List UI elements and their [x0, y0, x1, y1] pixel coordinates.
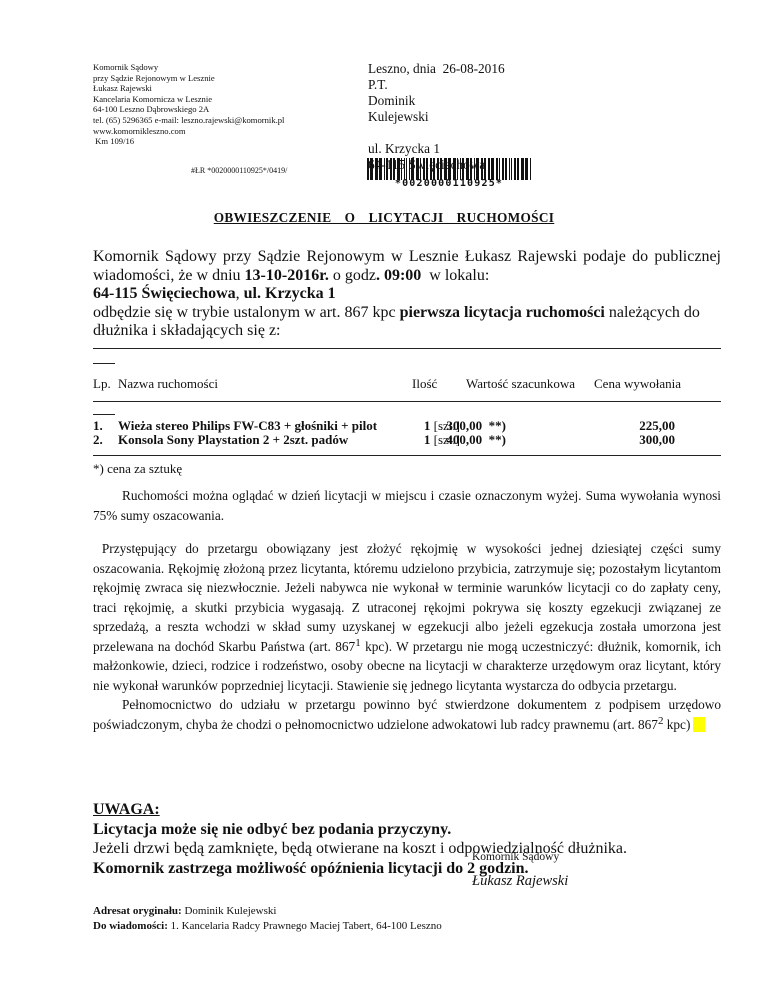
cc-label: Do wiadomości:: [93, 920, 168, 932]
divider: [93, 363, 115, 364]
footer-block: Adresat oryginału: Dominik Kulejewski Do…: [93, 904, 442, 934]
place-date: Leszno, dnia 26-08-2016: [368, 61, 505, 77]
barcode-text: *0020000110925*: [366, 179, 532, 189]
viewing-text: Ruchomości można oglądać w dzień licytac…: [93, 488, 721, 523]
notice-heading: UWAGA:: [93, 800, 627, 820]
location-sep: ,: [236, 285, 244, 302]
barcode-icon: [366, 158, 532, 180]
sender-block: Komornik Sądowy przy Sądzie Rejonowym w …: [93, 62, 284, 147]
sender-line: Łukasz Rajewski: [93, 83, 284, 94]
row-value: 400,00 **): [446, 432, 506, 448]
auction-location: 64-115 Święciechowa, ul. Krzycka 1: [93, 285, 721, 304]
notice-line: Licytacja może się nie odbyć bez podania…: [93, 820, 627, 840]
sender-line: 64-100 Leszno Dąbrowskiego 2A: [93, 104, 284, 115]
sender-line: www.komornikleszno.com: [93, 126, 284, 137]
intro-line-4: odbędzie się w trybie ustalonym w art. 8…: [93, 304, 721, 323]
notice-block: UWAGA: Licytacja może się nie odbyć bez …: [93, 800, 627, 878]
recipient-street: ul. Krzycka 1: [368, 141, 505, 157]
cc-value: 1. Kancelaria Radcy Prawnego Maciej Tabe…: [168, 920, 442, 932]
divider: [93, 401, 721, 402]
divider: [93, 455, 721, 456]
recipient-block: Leszno, dnia 26-08-2016 P.T. Dominik Kul…: [368, 61, 505, 173]
divider: [93, 348, 721, 349]
highlight-mark: [693, 717, 705, 732]
table-footnote: *) cena za sztukę: [93, 461, 182, 477]
intro-line-1: Komornik Sądowy przy Sądzie Rejonowym w …: [93, 248, 721, 267]
auction-time: 09:00: [384, 267, 421, 284]
intro-text: należących do: [605, 304, 700, 321]
case-number: Km 109/16: [93, 136, 284, 147]
col-header-qty: Ilość: [412, 376, 437, 392]
proxy-text: kpc): [663, 717, 690, 732]
col-header-value: Wartość szacunkowa: [466, 376, 575, 392]
auction-date: 13-10-2016r.: [245, 267, 329, 284]
intro-line-2: wiadomości, że w dniu 13-10-2016r. o god…: [93, 267, 721, 286]
intro-text: w lokalu:: [421, 267, 489, 284]
sender-line: przy Sądzie Rejonowym w Lesznie: [93, 73, 284, 84]
sender-line: Kancelaria Komornicza w Lesznie: [93, 94, 284, 105]
salutation: P.T.: [368, 77, 505, 93]
col-header-name: Nazwa ruchomości: [118, 376, 218, 392]
addressee-line: Adresat oryginału: Dominik Kulejewski: [93, 904, 442, 919]
col-header-price: Cena wywołania: [594, 376, 681, 392]
signature-role: Komornik Sądowy: [472, 851, 559, 863]
sender-line: tel. (65) 5296365 e-mail: leszno.rajewsk…: [93, 115, 284, 126]
divider: [93, 414, 115, 415]
recipient-first-name: Dominik: [368, 93, 505, 109]
intro-text: o godz: [329, 267, 376, 284]
deposit-paragraph: Przystępujący do przetargu obowiązany je…: [93, 539, 721, 734]
row-lp: 2.: [93, 432, 103, 448]
intro-paragraph: Komornik Sądowy przy Sądzie Rejonowym w …: [93, 248, 721, 341]
addressee-value: Dominik Kulejewski: [182, 905, 277, 917]
intro-line-5: dłużnika i składających się z:: [93, 322, 721, 341]
col-header-lp: Lp.: [93, 376, 111, 392]
proxy-text: Pełnomocnictwo do udziału w przetargu po…: [93, 697, 721, 732]
recipient-last-name: Kulejewski: [368, 109, 505, 125]
signature-name: Łukasz Rajewski: [472, 873, 568, 890]
intro-dot: .: [376, 267, 380, 284]
cc-line: Do wiadomości: 1. Kancelaria Radcy Prawn…: [93, 919, 442, 934]
sender-line: Komornik Sądowy: [93, 62, 284, 73]
row-name: Konsola Sony Playstation 2 + 2szt. padów: [118, 432, 348, 448]
addressee-label: Adresat oryginału:: [93, 905, 182, 917]
auction-type: pierwsza licytacja ruchomości: [400, 304, 605, 321]
intro-text: odbędzie się w trybie ustalonym w art. 8…: [93, 304, 400, 321]
page-title: OBWIESZCZENIE O LICYTACJI RUCHOMOŚCI: [0, 210, 768, 226]
reference-number: #ŁR *0020000110925*/0419/: [191, 166, 287, 175]
row-price: 300,00: [639, 432, 675, 448]
location-city: 64-115 Święciechowa: [93, 285, 236, 302]
deposit-text: Przystępujący do przetargu obowiązany je…: [93, 541, 724, 654]
location-street: ul. Krzycka 1: [244, 285, 336, 302]
intro-text: wiadomości, że w dniu: [93, 267, 245, 284]
viewing-paragraph: Ruchomości można oglądać w dzień licytac…: [93, 486, 721, 525]
